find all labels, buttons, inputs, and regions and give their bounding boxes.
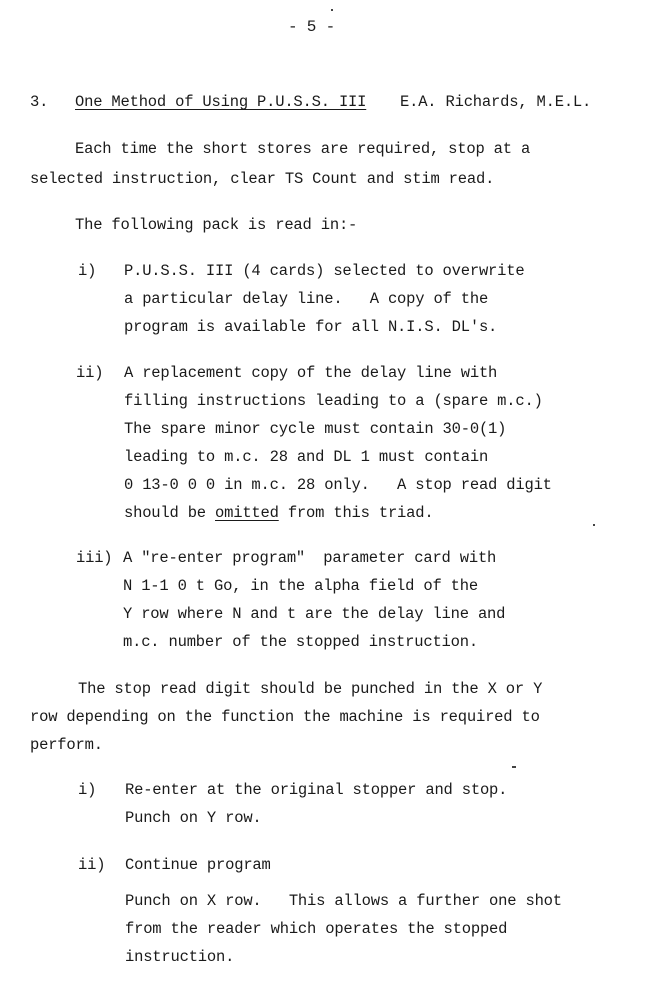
pack-item-line: P.U.S.S. III (4 cards) selected to overw… (124, 261, 524, 281)
function-line: instruction. (125, 947, 234, 967)
text-segment: from this triad. (279, 504, 434, 522)
pack-item-line: A replacement copy of the delay line wit… (124, 363, 497, 383)
stop-read-line-2: row depending on the function the machin… (30, 707, 540, 727)
scan-speck (593, 524, 595, 526)
pack-item-line: program is available for all N.I.S. DL's… (124, 317, 497, 337)
pack-item-line: a particular delay line. A copy of the (124, 289, 488, 309)
intro-line-2: selected instruction, clear TS Count and… (30, 169, 494, 189)
pack-item-line: Y row where N and t are the delay line a… (123, 604, 505, 624)
pack-item-marker: i) (78, 261, 96, 281)
stop-read-line-1: The stop read digit should be punched in… (78, 679, 542, 699)
pack-item-line: m.c. number of the stopped instruction. (123, 632, 478, 652)
function-line: Re-enter at the original stopper and sto… (125, 780, 507, 800)
pack-intro: The following pack is read in:- (75, 215, 357, 235)
pack-item-line: 0 13-0 0 0 in m.c. 28 only. A stop read … (124, 475, 552, 495)
section-title: One Method of Using P.U.S.S. III (75, 92, 366, 112)
pack-item-line: N 1-1 0 t Go, in the alpha field of the (123, 576, 478, 596)
section-author: E.A. Richards, M.E.L. (400, 92, 591, 112)
emphasis-omitted: omitted (215, 504, 279, 522)
text-segment: should be (124, 504, 215, 522)
pack-item-last-line: should be omitted from this triad. (124, 503, 433, 523)
function-line: from the reader which operates the stopp… (125, 919, 507, 939)
stop-read-line-3: perform. (30, 735, 103, 755)
pack-item-line: A "re-enter program" parameter card with (123, 548, 496, 568)
pack-item-line: filling instructions leading to a (spare… (124, 391, 543, 411)
function-line: Punch on X row. This allows a further on… (125, 891, 562, 911)
pack-item-marker: iii) (76, 548, 112, 568)
intro-line-1: Each time the short stores are required,… (75, 139, 530, 159)
pack-item-marker: ii) (76, 363, 103, 383)
function-title: Continue program (125, 855, 271, 875)
pack-item-line: The spare minor cycle must contain 30-0(… (124, 419, 506, 439)
function-marker: ii) (78, 855, 105, 875)
scan-speck (331, 9, 333, 11)
page-number: - 5 - (288, 17, 335, 37)
scan-speck (512, 766, 516, 768)
function-line: Punch on Y row. (125, 808, 262, 828)
section-number: 3. (30, 92, 48, 112)
function-marker: i) (78, 780, 96, 800)
pack-item-line: leading to m.c. 28 and DL 1 must contain (124, 447, 488, 467)
